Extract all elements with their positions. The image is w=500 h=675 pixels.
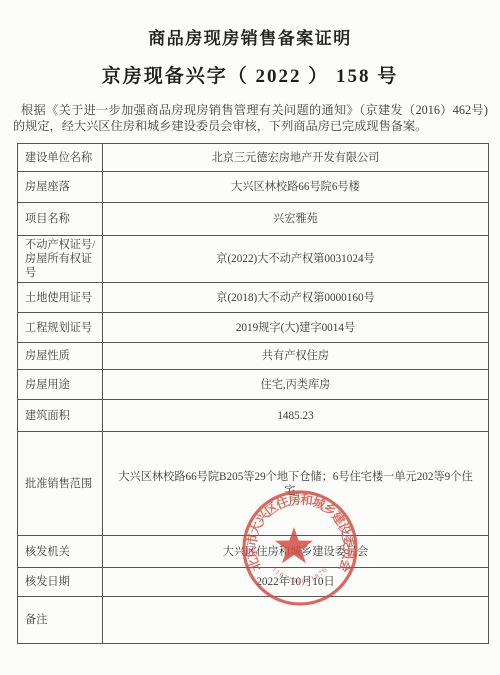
row-label: 房屋性质 [18,343,103,370]
row-value: 2019规字(大)建字0014号 [103,313,489,343]
row-value: 住宅,丙类库房 [103,370,489,400]
table-row: 工程规划证号2019规字(大)建字0014号 [18,313,489,343]
row-label: 不动产权证号/房屋所有权证号 [18,236,103,283]
table-row: 房屋性质共有产权住房 [18,343,489,370]
table-row: 建设单位名称北京三元德宏房地产开发有限公司 [18,144,489,172]
table-row: 核发日期2022年10月10日 [18,568,489,597]
row-label: 核发机关 [18,536,103,568]
row-label: 房屋座落 [18,172,103,203]
row-label: 土地使用证号 [18,283,103,313]
row-value [103,597,489,644]
row-label: 核发日期 [18,568,103,597]
row-value: 京(2018)大不动产权第0000160号 [103,283,489,313]
row-label: 建筑面积 [18,400,103,432]
table-row: 批准销售范围大兴区林校路66号院B205等29个地下仓储；6号住宅楼一单元202… [18,432,489,536]
row-value: 大兴区林校路66号院B205等29个地下仓储；6号住宅楼一单元202等9个住宅。 [103,432,489,536]
row-value: 大兴区林校路66号院6号楼 [103,172,489,203]
table-row: 土地使用证号京(2018)大不动产权第0000160号 [18,283,489,313]
row-value: 京(2022)大不动产权第0031024号 [103,236,489,283]
row-label: 建设单位名称 [18,144,103,172]
table-row: 房屋用途住宅,丙类库房 [18,370,489,400]
row-value: 北京三元德宏房地产开发有限公司 [103,144,489,172]
row-label: 备注 [18,597,103,644]
intro-paragraph: 根据《关于进一步加强商品房现房销售管理有关问题的通知》（京建发（2016）462… [13,102,488,134]
row-value: 兴宏雅苑 [103,203,489,236]
table-row: 房屋座落大兴区林校路66号院6号楼 [18,172,489,203]
certificate-page: 商品房现房销售备案证明 京房现备兴字（ 2022 ） 158 号 根据《关于进一… [0,0,500,675]
certificate-table: 建设单位名称北京三元德宏房地产开发有限公司房屋座落大兴区林校路66号院6号楼项目… [17,143,489,644]
row-value: 共有产权住房 [103,343,489,370]
document-number: 京房现备兴字（ 2022 ） 158 号 [0,61,500,88]
table-row: 不动产权证号/房屋所有权证号京(2022)大不动产权第0031024号 [18,236,489,283]
table-row: 建筑面积1485.23 [18,400,489,432]
row-label: 项目名称 [18,203,103,236]
table-row: 项目名称兴宏雅苑 [18,203,489,236]
row-label: 批准销售范围 [18,432,103,536]
row-label: 工程规划证号 [18,313,103,343]
row-value: 大兴区住房和城乡建设委员会 [103,536,489,568]
row-value: 2022年10月10日 [103,568,489,597]
document-title: 商品房现房销售备案证明 [0,24,500,49]
table-row: 备注 [18,597,489,644]
row-value: 1485.23 [103,400,489,432]
table-row: 核发机关大兴区住房和城乡建设委员会 [18,536,489,568]
row-label: 房屋用途 [18,370,103,400]
